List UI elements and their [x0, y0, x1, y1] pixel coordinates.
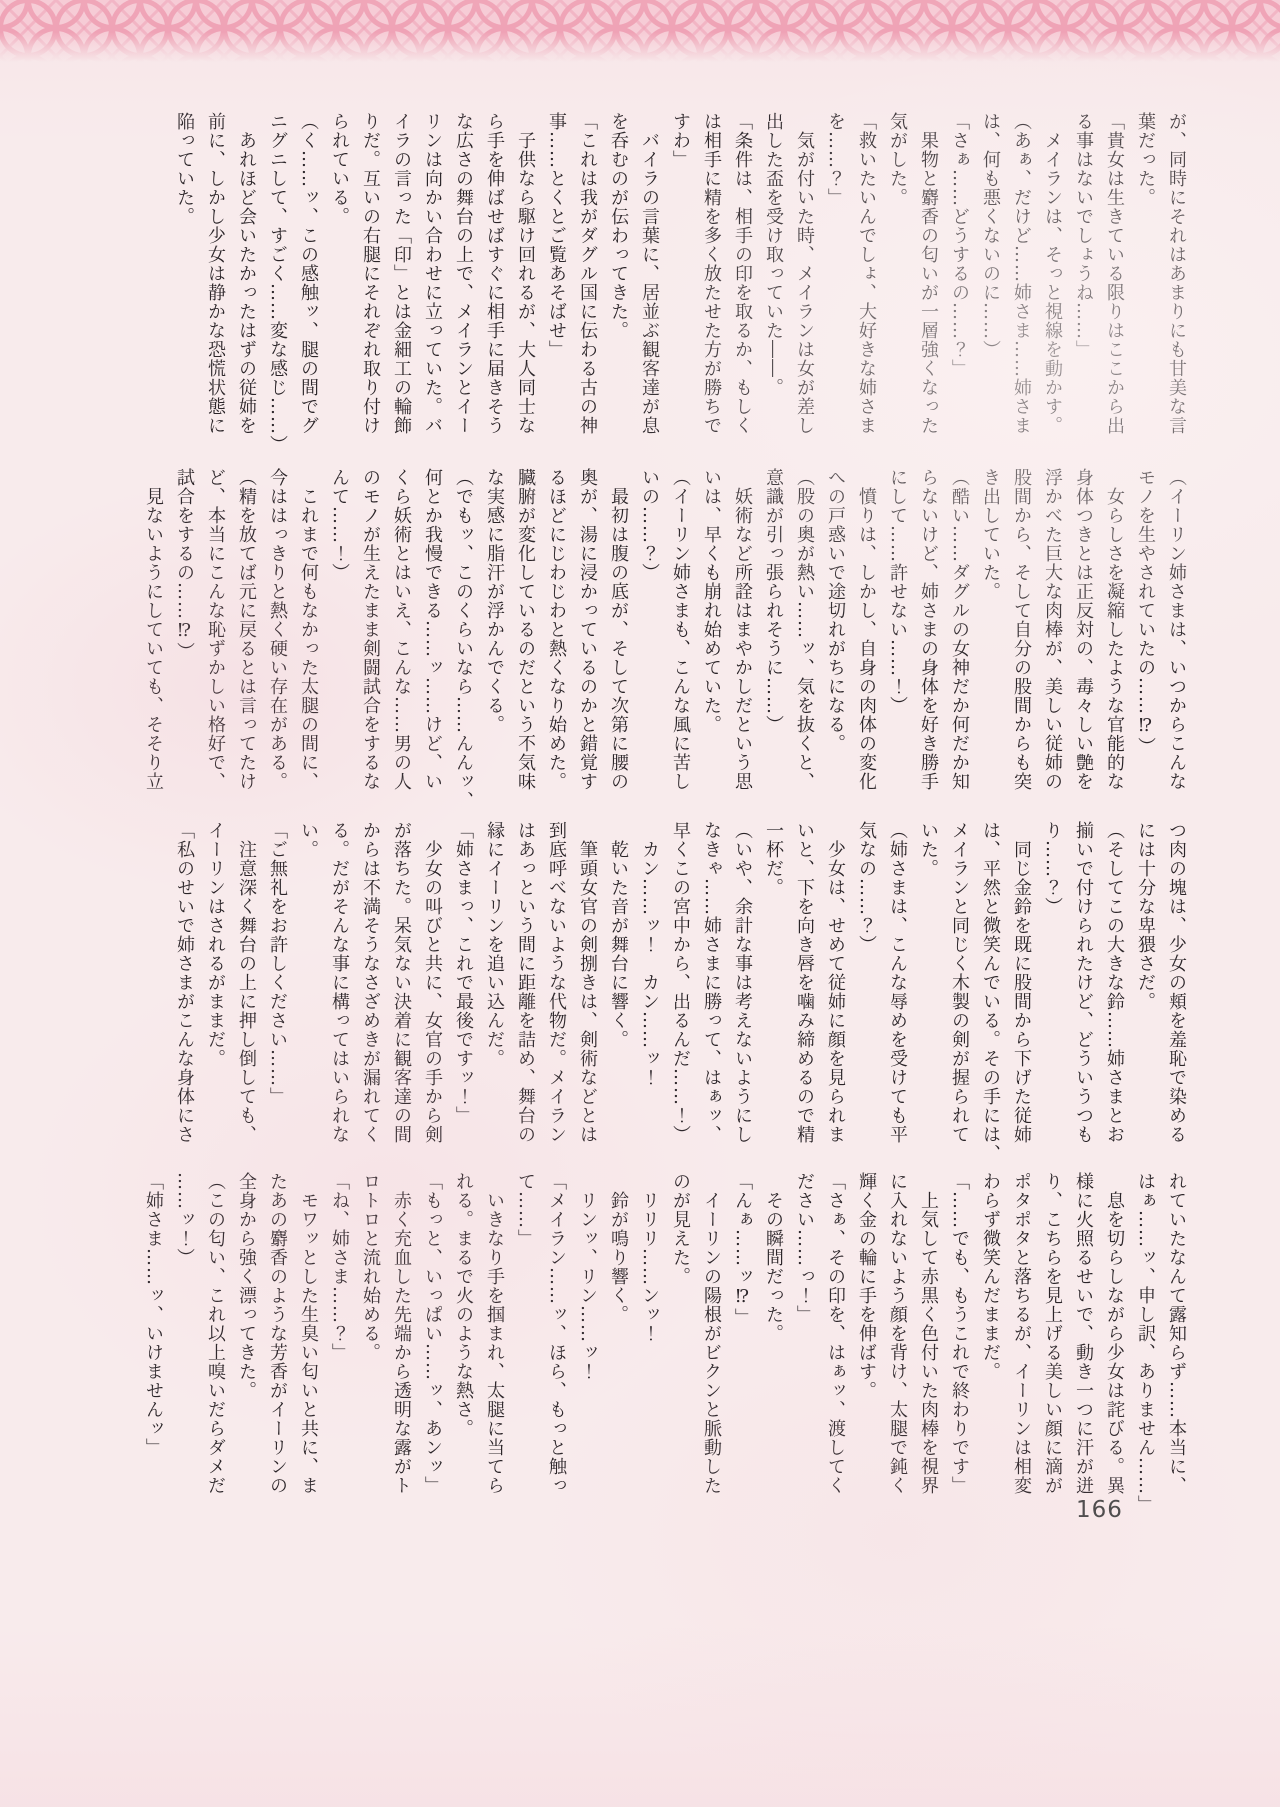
text-line: 揃いで付けられたけど、どういうつも — [1068, 821, 1099, 1171]
text-line: 「んぁ……ッ⁉」 — [727, 1172, 758, 1522]
text-line: いた。 — [913, 821, 944, 1171]
text-line: （酷い……ダグルの女神だか何だか知 — [944, 468, 975, 820]
text-line: な実感に脂汗が浮かんでくる。 — [479, 468, 510, 820]
text-line: りだ。互いの右腿にそれぞれ取り付け — [355, 112, 386, 464]
text-line: 少女の叫びと共に、女官の手から剣 — [417, 821, 448, 1171]
text-line: んて……！） — [324, 468, 355, 820]
text-line: ポタポタと落ちるが、イーリンは相変 — [1006, 1172, 1037, 1522]
text-line: （いや、余計な事は考えないようにし — [727, 821, 758, 1171]
text-line: その瞬間だった。 — [758, 1172, 789, 1522]
text-line: 「私のせいで姉さまがこんな身体にさ — [169, 821, 200, 1171]
text-line: 「貴女は生きている限りはここから出 — [1099, 112, 1130, 464]
text-line: モノを生やされていたの……⁉） — [1130, 468, 1161, 820]
text-line: にして……許せない……！） — [882, 468, 913, 820]
text-tier-3: つ肉の塊は、少女の頬を羞恥で染めるには十分な卑猥さだ。（そしてこの大きな鈴……姉… — [169, 821, 1192, 1171]
text-line: 見ないようにしていても、そそり立 — [138, 468, 169, 820]
text-line: ら手を伸ばせばすぐに相手に届きそう — [479, 112, 510, 464]
text-line: モワッとした生臭い匂いと共に、ま — [293, 1172, 324, 1522]
text-line: ロトロと流れ始める。 — [355, 1172, 386, 1522]
text-line: 縁にイーリンを追い込んだ。 — [479, 821, 510, 1171]
text-line: を呑むのが伝わってきた。 — [603, 112, 634, 464]
text-line: 浮かべた巨大な肉棒が、美しい従姉の — [1037, 468, 1068, 820]
text-line: 今ははっきりと熱く硬い存在がある。 — [262, 468, 293, 820]
text-line: い。 — [293, 821, 324, 1171]
text-line: が落ちた。呆気ない決着に観客達の間 — [386, 821, 417, 1171]
text-line: これまで何もなかった太腿の間に、 — [293, 468, 324, 820]
text-line: （精を放てば元に戻るとは言ってたけ — [231, 468, 262, 820]
text-line: 意識が引っ張られそうに……） — [758, 468, 789, 820]
border-bottom-fade — [0, 1737, 1280, 1777]
text-line: 同じ金鈴を既に股間から下げた従姉 — [1006, 821, 1037, 1171]
text-line: 「……でも、もうこれで終わりです」 — [944, 1172, 975, 1522]
text-line: たあの麝香のような芳香がイーリンの — [262, 1172, 293, 1522]
text-line: り、こちらを見上げる美しい顔に滴が — [1037, 1172, 1068, 1522]
text-line: （く……ッ、この感触ッ、腿の間でグ — [293, 112, 324, 464]
text-line: 到底呼べないような代物だ。メイラン — [541, 821, 572, 1171]
text-line: のモノが生えたまま剣闘試合をするな — [355, 468, 386, 820]
text-line: り……？） — [1037, 821, 1068, 1171]
text-line: 「条件は、相手の印を取るか、もしく — [727, 112, 758, 464]
text-line: 気なの……？） — [851, 821, 882, 1171]
text-line: るほどにじわじわと熱くなり始めた。 — [541, 468, 572, 820]
text-line: はあっという間に距離を詰め、舞台の — [510, 821, 541, 1171]
text-line: る事はないでしょうね……」 — [1068, 112, 1099, 464]
text-line: ど、本当にこんな恥ずかしい格好で、 — [200, 468, 231, 820]
text-line: 女らしさを凝縮したような官能的な — [1099, 468, 1130, 820]
text-line: 「もっと、いっぱい……ッ、あンッ」 — [417, 1172, 448, 1522]
text-line: 臓腑が変化しているのだという不気味 — [510, 468, 541, 820]
text-line: 輝く金の輪に手を伸ばす。 — [851, 1172, 882, 1522]
text-line: わらず微笑んだままだ。 — [975, 1172, 1006, 1522]
text-line: はぁ……ッ、申し訳、ありません……」 — [1130, 1172, 1161, 1522]
text-line: 赤く充血した先端から透明な露がト — [386, 1172, 417, 1522]
text-line: 乾いた音が舞台に響く。 — [603, 821, 634, 1171]
text-tier-1: が、同時にそれはあまりにも甘美な言葉だった。「貴女は生きている限りはここから出る… — [169, 112, 1192, 464]
text-line: には十分な卑猥さだ。 — [1130, 821, 1161, 1171]
text-line: 「さぁ、その印を、はぁッ、渡してく — [820, 1172, 851, 1522]
text-line: れていたなんて露知らず……本当に、 — [1161, 1172, 1192, 1522]
page-number: 166 — [1076, 1497, 1123, 1523]
text-line: （イーリン姉さまも、こんな風に苦し — [665, 468, 696, 820]
text-line: 少女は、せめて従姉に顔を見られま — [820, 821, 851, 1171]
text-line: ださい……っ！」 — [789, 1172, 820, 1522]
text-tier-2: （イーリン姉さまは、いつからこんなモノを生やされていたの……⁉） 女らしさを凝縮… — [138, 468, 1192, 820]
text-line: 最初は腹の底が、そして次第に腰の — [603, 468, 634, 820]
text-line: あれほど会いたかったはずの従姉を — [231, 112, 262, 464]
text-line: 「メイラン……ッ、ほら、もっと触っ — [541, 1172, 572, 1522]
text-line: いと、下を向き唇を噛み締めるので精 — [789, 821, 820, 1171]
text-line: 「これは我がダグル国に伝わる古の神 — [572, 112, 603, 464]
text-line: なきゃ……姉さまに勝って、はぁッ、 — [696, 821, 727, 1171]
text-line: 鈴が鳴り響く。 — [603, 1172, 634, 1522]
text-line: 「姉さま……ッ、いけませんッ」 — [138, 1172, 169, 1522]
text-line: イーリンはされるがままだ。 — [200, 821, 231, 1171]
text-line: いは、早くも崩れ始めていた。 — [696, 468, 727, 820]
text-line: 陥っていた。 — [169, 112, 200, 464]
text-line: 妖術など所詮はまやかしだという思 — [727, 468, 758, 820]
text-line: 気がした。 — [882, 112, 913, 464]
text-line: への戸惑いで途切れがちになる。 — [820, 468, 851, 820]
text-line: 息を切らしながら少女は詫びる。異 — [1099, 1172, 1130, 1522]
text-line: （姉さまは、こんな辱めを受けても平 — [882, 821, 913, 1171]
text-line: を……？」 — [820, 112, 851, 464]
text-line: は相手に精を多く放たせた方が勝ちで — [696, 112, 727, 464]
text-line: バイラの言葉に、居並ぶ観客達が息 — [634, 112, 665, 464]
text-line: 「救いたいんでしょ、大好きな姉さま — [851, 112, 882, 464]
text-line: （この匂い、これ以上嗅いだらダメだ — [200, 1172, 231, 1522]
text-line: 葉だった。 — [1130, 112, 1161, 464]
text-line: （股の奥が熱い……ッ、気を抜くと、 — [789, 468, 820, 820]
text-line: 全身から強く漂ってきた。 — [231, 1172, 262, 1522]
text-line: リンッ、リン……ッ！ — [572, 1172, 603, 1522]
text-line: き出していた。 — [975, 468, 1006, 820]
book-page: が、同時にそれはあまりにも甘美な言葉だった。「貴女は生きている限りはここから出る… — [0, 0, 1280, 1807]
text-line: リリリ……ンッ！ — [634, 1172, 665, 1522]
text-line: からは不満そうなさざめきが漏れてく — [355, 821, 386, 1171]
text-line: いの……？） — [634, 468, 665, 820]
text-line: は、何も悪くないのに……） — [975, 112, 1006, 464]
text-line: 憤りは、しかし、自身の肉体の変化 — [851, 468, 882, 820]
text-line: 上気して赤黒く色付いた肉棒を視界 — [913, 1172, 944, 1522]
text-line: られている。 — [324, 112, 355, 464]
text-line: ……ッ！） — [169, 1172, 200, 1522]
text-line: 「ね、姉さま……？」 — [324, 1172, 355, 1522]
text-line: 一杯だ。 — [758, 821, 789, 1171]
text-line: カン……ッ！ カン……ッ！ — [634, 821, 665, 1171]
text-line: メイランと同じく木製の剣が握られて — [944, 821, 975, 1171]
text-line: （でもッ、このくらいなら……んんッ、 — [448, 468, 479, 820]
text-line: のが見えた。 — [665, 1172, 696, 1522]
text-line: 「さぁ……どうするの……？」 — [944, 112, 975, 464]
text-line: くら妖術とはいえ、こんな……男の人 — [386, 468, 417, 820]
text-line: 「姉さまっ、これで最後ですッ！」 — [448, 821, 479, 1171]
text-line: ニグニして、すごく……変な感じ……） — [262, 112, 293, 464]
text-line: 身体つきとは正反対の、毒々しい艶を — [1068, 468, 1099, 820]
text-tier-4: れていたなんて露知らず……本当に、はぁ……ッ、申し訳、ありません……」 息を切ら… — [138, 1172, 1192, 1522]
text-line: （あぁ、だけど……姉さま……姉さま — [1006, 112, 1037, 464]
text-line: な広さの舞台の上で、メイランとイー — [448, 112, 479, 464]
text-line: 注意深く舞台の上に押し倒しても、 — [231, 821, 262, 1171]
text-line: らないけど、姉さまの身体を好き勝手 — [913, 468, 944, 820]
text-line: 「ご無礼をお許しください……」 — [262, 821, 293, 1171]
text-line: つ肉の塊は、少女の頬を羞恥で染める — [1161, 821, 1192, 1171]
text-line: すわ」 — [665, 112, 696, 464]
text-line: （イーリン姉さまは、いつからこんな — [1161, 468, 1192, 820]
text-line: れる。まるで火のような熱さ。 — [448, 1172, 479, 1522]
text-line: 気が付いた時、メイランは女が差し — [789, 112, 820, 464]
text-line: いきなり手を掴まれ、太腿に当てら — [479, 1172, 510, 1522]
text-line: （そしてこの大きな鈴……姉さまとお — [1099, 821, 1130, 1171]
text-line: 奥が、湯に浸かっているのかと錯覚す — [572, 468, 603, 820]
text-line: 出した盃を受け取っていた――。 — [758, 112, 789, 464]
text-line: 子供なら駆け回れるが、大人同士な — [510, 112, 541, 464]
text-line: 様に火照るせいで、動き一つに汗が迸 — [1068, 1172, 1099, 1522]
text-line: 事……とくとご覧あそばせ」 — [541, 112, 572, 464]
text-line: リンは向かい合わせに立っていた。バ — [417, 112, 448, 464]
text-line: 筆頭女官の剣捌きは、剣術などとは — [572, 821, 603, 1171]
text-line: 前に、しかし少女は静かな恐慌状態に — [200, 112, 231, 464]
text-line: 試合をするの……⁉） — [169, 468, 200, 820]
text-line: イラの言った「印」とは金細工の輪飾 — [386, 112, 417, 464]
text-line: 果物と麝香の匂いが一層強くなった — [913, 112, 944, 464]
text-line: に入れないよう顔を背け、太腿で鈍く — [882, 1172, 913, 1522]
text-line: 股間から、そして自分の股間からも突 — [1006, 468, 1037, 820]
text-line: 早くこの宮中から、出るんだ……！） — [665, 821, 696, 1171]
lattice-border-top-icon — [0, 0, 1280, 62]
text-line: 何とか我慢できる……ッ……けど、い — [417, 468, 448, 820]
text-line: は、平然と微笑んでいる。その手には、 — [975, 821, 1006, 1171]
text-line: イーリンの陽根がビクンと脈動した — [696, 1172, 727, 1522]
text-line: が、同時にそれはあまりにも甘美な言 — [1161, 112, 1192, 464]
lattice-border-bottom-icon — [0, 1737, 1280, 1807]
text-line: メイランは、そっと視線を動かす。 — [1037, 112, 1068, 464]
text-line: る。だがそんな事に構ってはいられな — [324, 821, 355, 1171]
text-line: て……」 — [510, 1172, 541, 1522]
